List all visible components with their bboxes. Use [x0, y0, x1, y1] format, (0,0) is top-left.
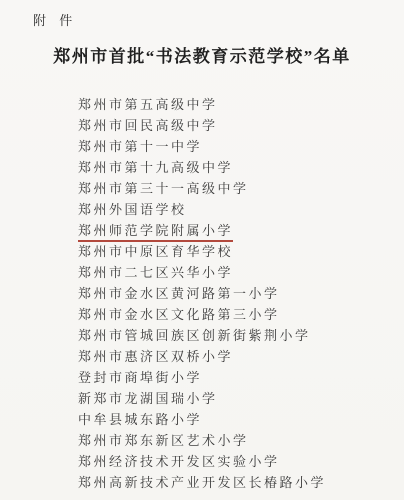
list-item: 郑州外国语学校: [78, 199, 404, 220]
school-list: 郑州市第五高级中学 郑州市回民高级中学 郑州市第十一中学 郑州市第十九高级中学 …: [78, 94, 404, 493]
list-item: 郑州市金水区黄河路第一小学: [78, 283, 404, 304]
list-item: 郑州市郑东新区艺术小学: [78, 430, 404, 451]
school-name: 郑州师范学院附属小学: [78, 222, 233, 242]
school-name: 郑州市金水区黄河路第一小学: [78, 285, 280, 302]
school-name: 登封市商埠街小学: [78, 369, 202, 386]
school-name: 郑州市回民高级中学: [78, 117, 218, 134]
list-item: 新郑市龙湖国瑞小学: [78, 388, 404, 409]
list-item: 郑州师范学院附属小学: [78, 220, 404, 241]
school-name: 郑州高新技术产业开发区长椿路小学: [78, 474, 326, 491]
school-name: 郑州市惠济区双桥小学: [78, 348, 233, 365]
list-item: 郑州市二七区兴华小学: [78, 262, 404, 283]
attachment-label: 附 件: [33, 10, 77, 29]
list-item: 郑州市回民高级中学: [78, 115, 404, 136]
list-item: 郑州市第五高级中学: [78, 94, 404, 115]
school-name: 郑州市管城回族区创新街紫荆小学: [78, 327, 311, 344]
list-item: 中牟县城东路小学: [78, 409, 404, 430]
list-item: 郑州市第三十一高级中学: [78, 178, 404, 199]
list-item: 郑州市第十九高级中学: [78, 157, 404, 178]
school-name: 中牟县城东路小学: [78, 411, 202, 428]
list-item: 郑州市管城回族区创新街紫荆小学: [78, 325, 404, 346]
school-name: 郑州外国语学校: [78, 201, 187, 218]
school-name: 郑州市第三十一高级中学: [78, 180, 249, 197]
list-item: 登封市商埠街小学: [78, 367, 404, 388]
school-name: 郑州市二七区兴华小学: [78, 264, 233, 281]
school-name: 郑州市第十九高级中学: [78, 159, 233, 176]
list-item: 郑州高新技术产业开发区长椿路小学: [78, 472, 404, 493]
list-item: 郑州市惠济区双桥小学: [78, 346, 404, 367]
school-name: 郑州市第五高级中学: [78, 96, 218, 113]
list-item: 郑州市中原区育华学校: [78, 241, 404, 262]
document-page: 附 件 郑州市首批“书法教育示范学校”名单 郑州市第五高级中学 郑州市回民高级中…: [0, 0, 404, 500]
list-item: 郑州经济技术开发区实验小学: [78, 451, 404, 472]
school-name: 郑州经济技术开发区实验小学: [78, 453, 280, 470]
list-item: 郑州市第十一中学: [78, 136, 404, 157]
school-name: 郑州市中原区育华学校: [78, 243, 233, 260]
page-title: 郑州市首批“书法教育示范学校”名单: [0, 42, 404, 67]
school-name: 郑州市第十一中学: [78, 138, 202, 155]
list-item: 郑州市金水区文化路第三小学: [78, 304, 404, 325]
school-name: 郑州市郑东新区艺术小学: [78, 432, 249, 449]
school-name: 新郑市龙湖国瑞小学: [78, 390, 218, 407]
school-name: 郑州市金水区文化路第三小学: [78, 306, 280, 323]
